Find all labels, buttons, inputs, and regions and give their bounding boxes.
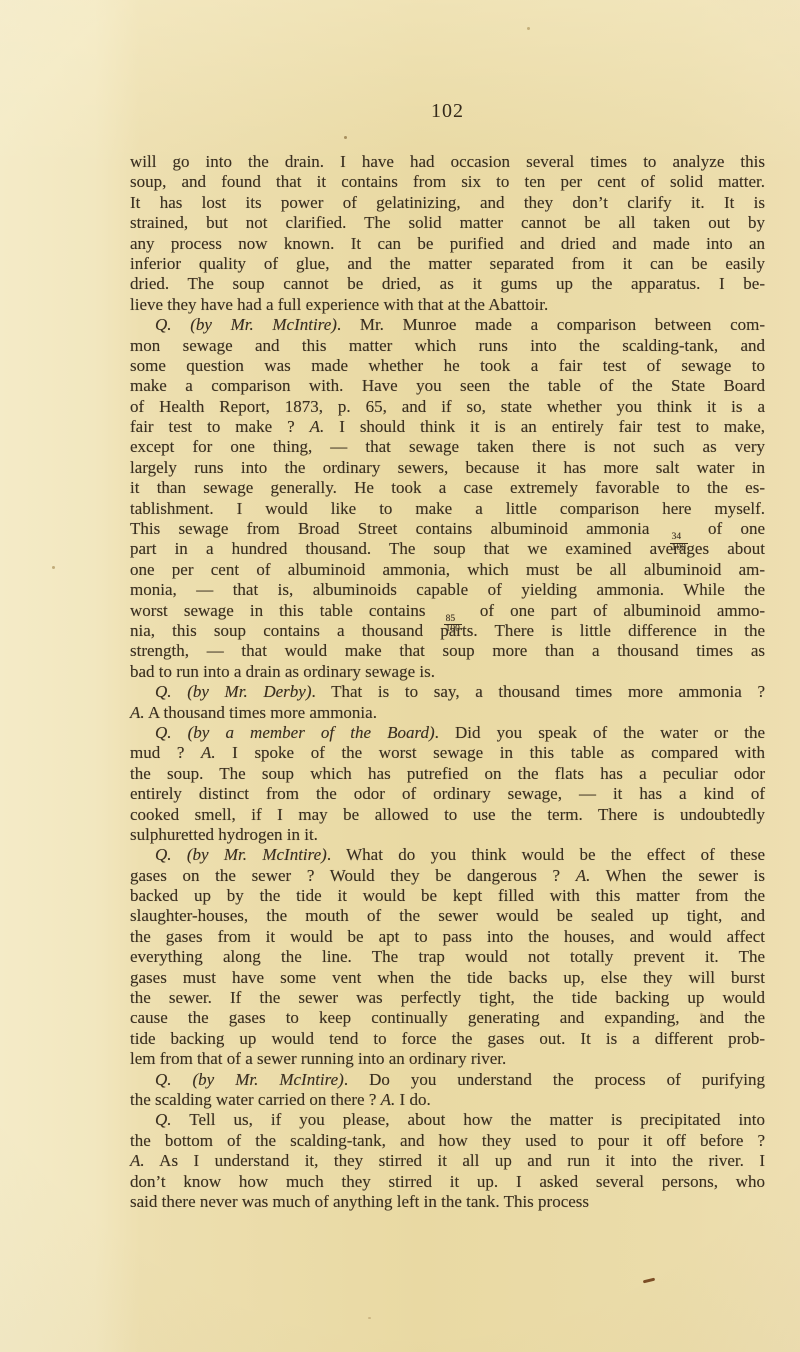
text-line: backed up by the tide it would be kept f… [130,886,765,906]
text-line: Q. (by Mr. McIntire). Mr. Munroe made a … [130,315,765,335]
text-line: strained, but not clarified. The solid m… [130,213,765,233]
text-line: except for one thing, — that sewage take… [130,437,765,457]
text-line: the soup. The soup which has putrefied o… [130,764,765,784]
text-line: tide backing up would tend to force the … [130,1029,765,1049]
text-line: slaughter-houses, the mouth of the sewer… [130,906,765,926]
text-line: one per cent of albuminoid ammonia, whic… [130,560,765,580]
text-line: bad to run into a drain as ordinary sewa… [130,662,765,682]
text-line: Q. (by Mr. Derby). That is to say, a tho… [130,682,765,702]
text-line: cause the gases to keep continually gene… [130,1008,765,1028]
text-line: sulphuretted hydrogen in it. [130,825,765,845]
page-text: will go into the drain. I have had occas… [130,152,765,1212]
paper-speck [527,27,530,30]
text-line: A. A thousand times more ammonia. [130,703,765,723]
text-line: make a comparison with. Have you seen th… [130,376,765,396]
text-line: A. As I understand it, they stirred it a… [130,1151,765,1171]
text-line: it than sewage generally. He took a case… [130,478,765,498]
text-line: This sewage from Broad Street contains a… [130,519,765,539]
paragraph: Q. (by Mr. McIntire). What do you think … [130,845,765,1069]
paper-speck [344,136,347,139]
text-line: everything along the line. The trap woul… [130,947,765,967]
text-line: will go into the drain. I have had occas… [130,152,765,172]
text-line: said there never was much of anything le… [130,1192,765,1212]
text-line: fair test to make ? A. I should think it… [130,417,765,437]
text-line: entirely distinct from the odor of ordin… [130,784,765,804]
text-line: Q. (by a member of the Board). Did you s… [130,723,765,743]
paper-speck [52,566,55,569]
text-line: don’t know how much they stirred it up. … [130,1172,765,1192]
text-line: lieve they have had a full experience wi… [130,295,765,315]
paragraph: Q. Tell us, if you please, about how the… [130,1110,765,1212]
text-line: the sewer. If the sewer was perfectly ti… [130,988,765,1008]
text-line: gases on the sewer ? Would they be dange… [130,866,765,886]
paragraph: Q. (by Mr. McIntire). Do you understand … [130,1070,765,1111]
text-line: mud ? A. I spoke of the worst sewage in … [130,743,765,763]
text-line: Q. (by Mr. McIntire). What do you think … [130,845,765,865]
text-line: Q. Tell us, if you please, about how the… [130,1110,765,1130]
text-line: worst sewage in this table contains 8510… [130,601,765,621]
text-line: cooked smell, if I may be allowed to use… [130,805,765,825]
text-line: the scalding water carried on there ? A.… [130,1090,765,1110]
book-page: 102 will go into the drain. I have had o… [0,0,800,1352]
text-line: Q. (by Mr. McIntire). Do you understand … [130,1070,765,1090]
text-line: the gases from it would be apt to pass i… [130,927,765,947]
text-line: tablishment. I would like to make a litt… [130,499,765,519]
paper-speck [643,1278,655,1284]
text-line: any process now known. It can be purifie… [130,234,765,254]
text-line: gases must have some vent when the tide … [130,968,765,988]
text-line: mon sewage and this matter which runs in… [130,336,765,356]
paragraph: will go into the drain. I have had occas… [130,152,765,315]
text-line: the bottom of the scalding-tank, and how… [130,1131,765,1151]
text-line: some question was made whether he took a… [130,356,765,376]
text-line: lem from that of a sewer running into an… [130,1049,765,1069]
text-line: dried. The soup cannot be dried, as it g… [130,274,765,294]
text-line: part in a hundred thousand. The soup tha… [130,539,765,559]
paper-speck [368,1317,371,1319]
text-line: strength, — that would make that soup mo… [130,641,765,661]
text-line: of Health Report, 1873, p. 65, and if so… [130,397,765,417]
text-line: largely runs into the ordinary sewers, b… [130,458,765,478]
paragraph: Q. (by a member of the Board). Did you s… [130,723,765,845]
paragraph: Q. (by Mr. Derby). That is to say, a tho… [130,682,765,723]
text-line: nia, this soup contains a thousand parts… [130,621,765,641]
page-number: 102 [130,100,765,123]
text-line: soup, and found that it contains from si… [130,172,765,192]
text-line: monia, — that is, albuminoids capable of… [130,580,765,600]
text-line: inferior quality of glue, and the matter… [130,254,765,274]
paragraph: Q. (by Mr. McIntire). Mr. Munroe made a … [130,315,765,682]
text-line: It has lost its power of gelatinizing, a… [130,193,765,213]
